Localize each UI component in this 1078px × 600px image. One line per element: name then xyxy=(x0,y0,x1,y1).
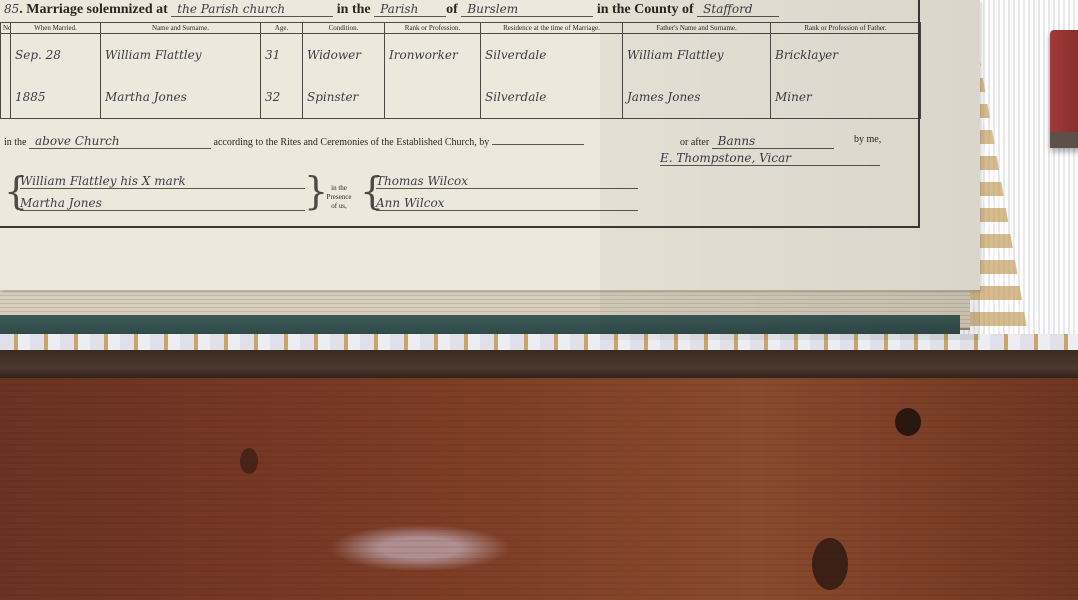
cell-residence: Silverdale xyxy=(481,76,623,119)
red-book-edge xyxy=(1050,132,1078,148)
col-rank: Rank or Profession. xyxy=(385,23,481,34)
cell-when: Sep. 28 xyxy=(11,34,101,77)
bottom-rule xyxy=(0,226,920,228)
cell-condition: Spinster xyxy=(303,76,385,119)
signature-block: { William Flattley his X mark Martha Jon… xyxy=(6,170,646,216)
col-name: Name and Surname. xyxy=(101,23,261,34)
of-label: of xyxy=(446,2,458,17)
cell-age: 32 xyxy=(261,76,303,119)
col-condition: Condition. xyxy=(303,23,385,34)
presence-line-2: Presence xyxy=(319,193,359,202)
county-label: in the County of xyxy=(597,2,694,17)
table-row: 1885 Martha Jones 32 Spinster Silverdale… xyxy=(1,76,921,119)
cell-residence: Silverdale xyxy=(481,34,623,77)
in-the-label: in the xyxy=(337,2,371,17)
entry-heading: 85. Marriage solemnized at the Parish ch… xyxy=(4,2,779,18)
cell-rank: Ironworker xyxy=(385,34,481,77)
cell-father: William Flattley xyxy=(623,34,771,77)
col-father-name: Father's Name and Surname. xyxy=(623,23,771,34)
place-field: the Parish church xyxy=(171,2,333,17)
by-me-label: by me, xyxy=(854,134,881,145)
cell-no xyxy=(1,76,11,119)
desk-rail xyxy=(0,350,1078,380)
party-signature-1: William Flattley his X mark xyxy=(20,174,305,189)
table-header: No. When Married. Name and Surname. Age.… xyxy=(1,23,921,34)
county-field: Stafford xyxy=(697,2,779,17)
cell-name: Martha Jones xyxy=(101,76,261,119)
red-book xyxy=(1050,30,1078,148)
or-after-label: or after xyxy=(680,137,709,148)
wood-knot xyxy=(812,538,848,590)
witness-signature-2: Ann Wilcox xyxy=(376,196,638,211)
officiant-signature: E. Thompstone, Vicar xyxy=(660,151,880,166)
district-field: Burslem xyxy=(461,2,593,17)
by-blank xyxy=(492,144,584,145)
or-after-field: Banns xyxy=(712,134,834,149)
col-residence: Residence at the time of Marriage. xyxy=(481,23,623,34)
col-age: Age. xyxy=(261,23,303,34)
register-page: 85. Marriage solemnized at the Parish ch… xyxy=(0,0,980,290)
register-table: No. When Married. Name and Surname. Age.… xyxy=(0,22,921,119)
cell-father-rank: Miner xyxy=(771,76,921,119)
cell-no xyxy=(1,34,11,77)
col-no: No. xyxy=(1,23,11,34)
married-in-field: above Church xyxy=(29,134,211,149)
presence-label: in the Presence of us, xyxy=(319,184,359,211)
wooden-desk xyxy=(0,378,1078,600)
cell-age: 31 xyxy=(261,34,303,77)
cell-condition: Widower xyxy=(303,34,385,77)
table-row: Sep. 28 William Flattley 31 Widower Iron… xyxy=(1,34,921,77)
right-rule xyxy=(918,0,920,228)
presence-line-1: in the xyxy=(319,184,359,193)
wood-knot xyxy=(240,448,258,474)
rites-text: according to the Rites and Ceremonies of… xyxy=(214,137,490,148)
cell-father: James Jones xyxy=(623,76,771,119)
cell-father-rank: Bricklayer xyxy=(771,34,921,77)
wood-knot xyxy=(895,408,921,436)
ceremony-line: in the above Church according to the Rit… xyxy=(4,134,894,149)
married-in-label: in the xyxy=(4,137,27,148)
district-type-field: Parish xyxy=(374,2,446,17)
marriage-register-entry: 85. Marriage solemnized at the Parish ch… xyxy=(0,0,920,228)
year-prefix: 85 xyxy=(4,2,19,16)
cell-rank xyxy=(385,76,481,119)
col-when-married: When Married. xyxy=(11,23,101,34)
or-after-group: or after Banns xyxy=(680,134,834,149)
presence-line-3: of us, xyxy=(319,202,359,211)
cell-when: 1885 xyxy=(11,76,101,119)
heading-title: Marriage solemnized at xyxy=(26,2,168,17)
party-signature-2: Martha Jones xyxy=(20,196,305,211)
cell-name: William Flattley xyxy=(101,34,261,77)
col-father-rank: Rank or Profession of Father. xyxy=(771,23,921,34)
witness-signature-1: Thomas Wilcox xyxy=(376,174,638,189)
